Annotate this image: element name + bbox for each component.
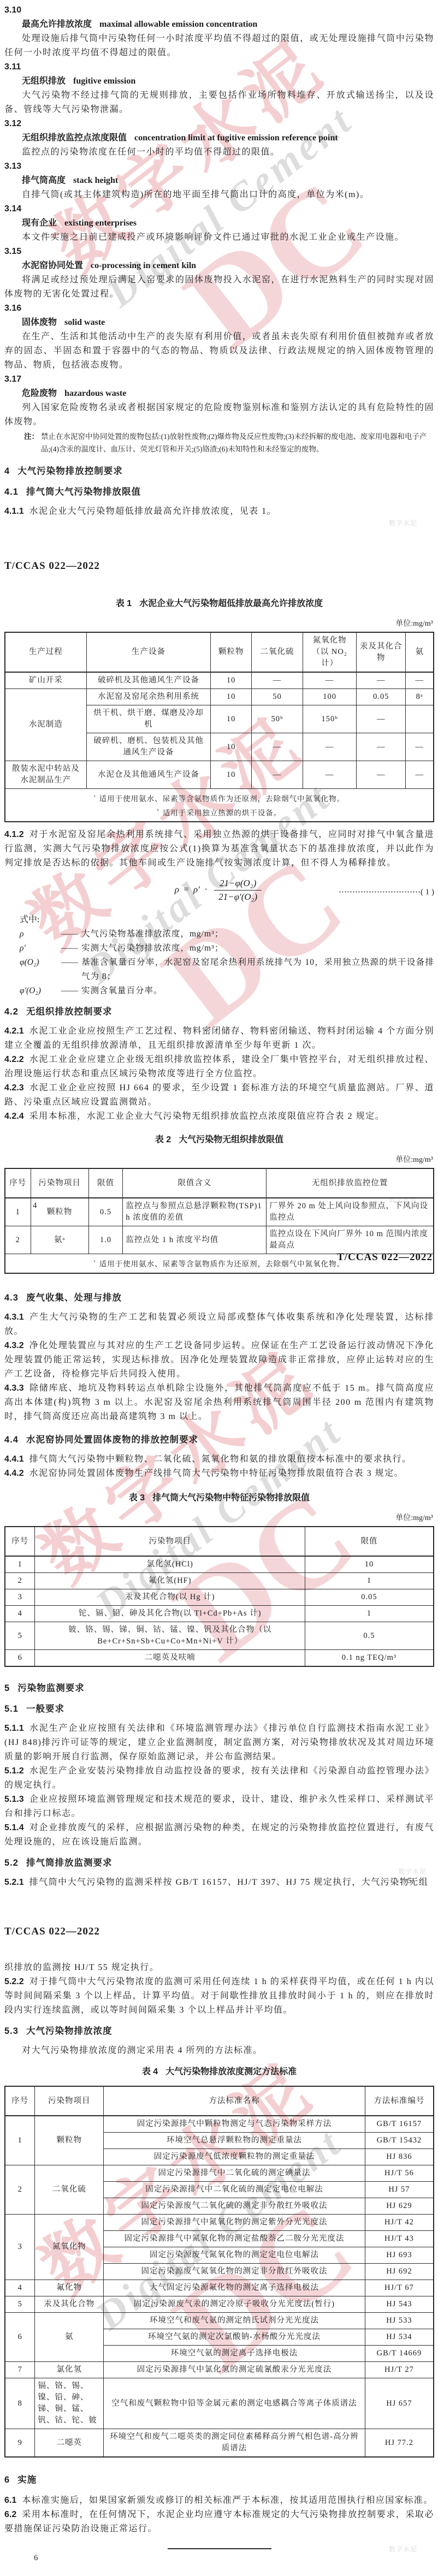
table-row: 2氟化氢(HF)1 — [5, 1573, 434, 1589]
table-cell: 1.0 — [88, 1226, 123, 1254]
table-cell: — — [357, 672, 406, 689]
table-cell: 固定污染源排气中氯化氢的测定硫氰酸汞分光光度法 — [104, 2362, 365, 2378]
table-cell: GB/T 16157 — [365, 2116, 434, 2133]
clause-number-3-11: 3.11 — [4, 60, 434, 74]
table-cell: 二噁英及呋喃 — [35, 1650, 305, 1667]
table-note-cell: ᵃ适用于使用氨水、尿素等含氨物质作为还原剂，去除烟气中氮氧化物。 ᵇ适用于采用独… — [5, 789, 434, 822]
note-text: 禁止在水泥窑中协同处置的废物包括:(1)放射性废物;(2)爆炸物及反应性废物;(… — [41, 430, 434, 455]
term-3-14: 现有企业existing enterprises — [4, 216, 434, 230]
clause-5-1-4: 5.1.4对企业排放废气的采样，应根据监测污染物的种类，在规定的污染物排放监控位… — [4, 1821, 434, 1849]
term-en: fugitive emission — [73, 76, 135, 86]
table-header-cell: 污染物项目 — [31, 1168, 88, 1198]
table-cell: HJ 836 — [365, 2149, 434, 2165]
table-cell: HJ 534 — [365, 2329, 434, 2346]
term-en: hazardous waste — [64, 389, 126, 398]
table-cell: HJ/T 27 — [365, 2362, 434, 2378]
heading-6: 6实施 — [4, 2473, 434, 2487]
term-cn: 排气筒高度 — [22, 176, 66, 185]
term-3-10: 最高允许排放浓度maximal allowable emission conce… — [4, 17, 434, 32]
table-cell: 厂界外 20 m 处上风向设参照点，下风向设监控点 — [267, 1198, 434, 1226]
term-cn: 无组织排放 — [22, 76, 66, 86]
table-cell: HJ 657 — [365, 2378, 434, 2429]
table-cell: 50ᵇ — [251, 705, 303, 733]
table-cell: 矿山开采 — [5, 672, 86, 689]
def-body-3-15: 将满足或经过预处理后满足入窑要求的固体废物投入水泥窑，在进行水泥熟料生产的同时实… — [4, 273, 434, 301]
term-3-12: 无组织排放监控点浓度限值concentration limit at fugit… — [4, 131, 434, 145]
table-cell: 8 — [5, 2378, 35, 2429]
table-cell: 0.05 — [357, 689, 406, 705]
table-row: 生产过程 生产设备 颗粒物 二氧化硫 氮氧化物（以 NO₂ 计） 汞及其化合物 … — [5, 632, 434, 672]
term-en: maximal allowable emission concentration — [99, 20, 257, 29]
term-en: existing enterprises — [64, 218, 137, 228]
clause-number-3-12: 3.12 — [4, 117, 434, 131]
table-cell: 0.05 — [305, 1589, 434, 1606]
table-cell: — — [303, 733, 357, 761]
table-4: 序号 污染物项目 方法标准名称 方法标准编号 1 颗粒物 固定污染源排气中颗粒物… — [4, 2086, 434, 2458]
table-row: 8 镉、铬、锡、镍、铅、砷、锑、铜、锰、钒、钴、铊、铍 空气和废气颗粒物中铅等金… — [5, 2378, 434, 2429]
table-header-cell: 汞及其化合物 — [357, 632, 406, 672]
table-row: 1氯化氢(HCl)10 — [5, 1556, 434, 1573]
equals-sign: = — [184, 884, 189, 894]
clause-4-3-1: 4.3.1产生大气污染物的生产工艺和装置必须设立局部或整体气体收集系统和净化处理… — [4, 1310, 434, 1339]
table-header-cell: 氨 — [406, 632, 434, 672]
table-cell: 7 — [5, 2362, 35, 2378]
table-cell: 6 — [5, 2313, 35, 2362]
term-cn: 固体废物 — [22, 318, 57, 327]
table-cell: 监控点处 1 h 浓度平均值 — [123, 1226, 267, 1254]
table-cell: 10 — [211, 733, 252, 761]
def-body-3-11: 大气污染物不经过排气筒的无规则排放，主要包括作业场所物料堆存、开放式输送扬尘，以… — [4, 88, 434, 117]
table-cell: 监控点与参照点总悬浮颗粒物(TSP)1 h 浓度值的差值 — [123, 1198, 267, 1226]
heading-4: 4大气污染物排放控制要求 — [4, 464, 434, 478]
table-cell: 固定污染源排气中二氧化硫的测定定电位电解法 — [104, 2182, 365, 2198]
table-row: 序号 污染物项目 限值 限值含义 无组织排放监控位置 — [5, 1168, 434, 1198]
table-cell: — — [251, 672, 303, 689]
table-cell: 氨ᵃ — [31, 1226, 88, 1254]
table-cell: 破碎机、磨机、包装机及其他通风生产设备 — [86, 733, 211, 761]
table-cell: 6 — [5, 1650, 35, 1667]
table-row: 序号 污染物项目 方法标准名称 方法标准编号 — [5, 2086, 434, 2116]
end-of-document-rule — [168, 2548, 271, 2549]
clause-number-3-14: 3.14 — [4, 202, 434, 216]
table-header-cell: 方法标准名称 — [104, 2086, 365, 2116]
table-cell: 1 — [305, 1573, 434, 1589]
table-1: 生产过程 生产设备 颗粒物 二氧化硫 氮氧化物（以 NO₂ 计） 汞及其化合物 … — [4, 632, 434, 822]
table3-unit-label: 单位:mg/m³ — [4, 1512, 433, 1523]
clause-number-3-13: 3.13 — [4, 159, 434, 174]
table-cell: 10 — [211, 761, 252, 789]
table-cell: 5 — [5, 2296, 35, 2313]
table-row: 2 二氧化硫 固定污染源排气中二氧化硫的测定碘量法 HJ/T 56 — [5, 2165, 434, 2182]
clause-5-1-2: 5.1.2水泥生产企业安装污染物排放自动监控设备的要求，按有关法律和《污染源自动… — [4, 1764, 434, 1792]
table-cell: 固定污染源废气氮氧化物的测定非分散红外吸收法 — [104, 2264, 365, 2280]
table-cell: 环境空气和废气氨的测定纳氏试剂分光光度法 — [104, 2313, 365, 2329]
table-cell: — — [251, 733, 303, 761]
table-cell: — — [406, 733, 434, 761]
table-note-cell: ᵃ适用于使用氨水、尿素等含氨物质作为还原剂，去除烟气中氮氧化物。 — [5, 1254, 434, 1273]
table-cell: 汞及其化合物(以 Hg 计) — [35, 1589, 305, 1606]
clause-4-3-2: 4.3.2净化处理装置应与其对应的生产工艺设备同步运转。应保证在生产工艺设备运行… — [4, 1339, 434, 1381]
table-cell: 1 — [5, 2116, 35, 2165]
table-cell: — — [406, 672, 434, 689]
clause-4-2-4: 4.2.4采用本标准，水泥工业企业大气污染物无组织排放监控点浓度限值应符合表 2… — [4, 1109, 434, 1124]
table-cell: 1 — [305, 1606, 434, 1622]
table2-caption: 表 2大气污染物无组织排放限值 — [4, 1132, 434, 1145]
table-row: ᵃ适用于使用氨水、尿素等含氨物质作为还原剂，去除烟气中氮氧化物。 ᵇ适用于采用独… — [5, 789, 434, 822]
table-cell: 大气固定污染源氟化物的测定离子选择电极法 — [104, 2280, 365, 2296]
table-cell: 2 — [5, 1226, 31, 1254]
table-header-cell: 限值含义 — [123, 1168, 267, 1198]
table-row: 水泥制造 水泥窑及窑尾余热利用系统 10 50 100 0.05 8ᵃ — [5, 689, 434, 705]
heading-5: 5污染物监测要求 — [4, 1681, 434, 1695]
term-cn: 最高允许排放浓度 — [22, 20, 92, 29]
table-cell: HJ/T 56 — [365, 2165, 434, 2182]
table-cell: 颗粒物 — [31, 1198, 88, 1226]
clause-4-4-1: 4.4.1排气筒大气污染物中颗粒物、二氧化硫、氮氧化物和氨的排放限值按本标准中的… — [4, 1452, 434, 1467]
table-row: 9 二噁英 环境空气和废气二噁英类的测定同位素稀释高分辨气相色谱-高分辨质谱法 … — [5, 2429, 434, 2458]
table-cell: HJ/T 42 — [365, 2215, 434, 2231]
table2-unit-label: 单位:mg/m³ — [4, 1154, 433, 1165]
formula-var: ρ——大气污染物基准排放浓度，mg/m³； — [20, 927, 434, 941]
table-cell: 铊、镉、铅、砷及其化合物(以 Tl+Cd+Pb+As 计) — [35, 1606, 305, 1622]
table-cell: 空气和废气颗粒物中铅等金属元素的测定电感耦合等离子体质谱法 — [104, 2378, 365, 2429]
term-en: solid waste — [64, 318, 105, 327]
clause-number-3-16: 3.16 — [4, 301, 434, 316]
def-body-3-12: 监控点的污染物浓度在任何一小时的平均值不得超过的限值。 — [4, 145, 434, 159]
formula-number: ⋯⋯⋯⋯⋯⋯⋯⋯⋯⋯( 1 ) — [339, 887, 434, 897]
page-number: 6 — [34, 2554, 38, 2563]
table-cell: 散装水泥中转站及水泥制品生产 — [5, 761, 86, 789]
table-cell — [406, 705, 434, 733]
heading-5-1: 5.1一般要求 — [4, 1702, 434, 1716]
table-row: 7 氯化氢 固定污染源排气中氯化氢的测定硫氰酸汞分光光度法 HJ/T 27 — [5, 2362, 434, 2378]
table-cell: 0.5 — [88, 1198, 123, 1226]
table-cell: 0.1 ng TEQ/m³ — [305, 1650, 434, 1667]
term-en: stack height — [73, 176, 118, 185]
fraction-denominator: 21−φ′(O₂) — [214, 891, 262, 903]
def-body-3-16: 在生产、生活和其他活动中生产的丧失原有利用价值，或者虽未丧失原有利用价值但被抛弃… — [4, 330, 434, 372]
table-header-cell: 生产设备 — [86, 632, 211, 672]
page-header-doc-code: T/CCAS 022—2022 — [4, 560, 100, 572]
table-header-cell: 生产过程 — [5, 632, 86, 672]
table-cell: 氮氧化物 — [35, 2215, 104, 2280]
table-3: 序号 污染物项目 限值 1氯化氢(HCl)10 2氟化氢(HF)1 3汞及其化合… — [4, 1526, 434, 1667]
table-cell: — — [406, 761, 434, 789]
table-header-cell: 序号 — [5, 2086, 35, 2116]
table-cell: 10 — [211, 705, 252, 733]
table-row: 3 氮氧化物 固定污染源排气中氮氧化物的测定紫外分光光度法 HJ/T 42 — [5, 2215, 434, 2231]
formula-where-label: 式中: — [20, 913, 434, 927]
term-cn: 危险废物 — [22, 389, 57, 398]
clause-6-2: 6.2采用本标准时，在任何情况下，水泥企业均应遵守本标准规定的大气污染物排放控制… — [4, 2508, 434, 2536]
table-cell: 水泥窑及窑尾余热利用系统 — [86, 689, 211, 705]
table-cell: HJ 57 — [365, 2182, 434, 2198]
table-header-cell: 污染物项目 — [35, 1527, 305, 1556]
table-cell: — — [251, 761, 303, 789]
table-cell: 10 — [305, 1556, 434, 1573]
table-cell: 环境空气氨的测定次氯酸钠-水杨酸分光光度法 — [104, 2329, 365, 2346]
table-row: 1 颗粒物 固定污染源排气中颗粒物测定与气态污染物采样方法 GB/T 16157 — [5, 2116, 434, 2133]
clause-4-3-3: 4.3.3除储库底、地坑及物料转运点单机除尘设施外，其他排气筒高度应不低于 15… — [4, 1381, 434, 1424]
term-cn: 水泥窑协同处置 — [22, 261, 83, 270]
table-cell: 水泥仓及其他通风生产设备 — [86, 761, 211, 789]
fraction: 21−φ(O₂) 21−φ′(O₂) — [214, 878, 262, 903]
page-3: 数字水泥 Digital Cement DC T/CCAS 022—2022 数… — [0, 1230, 438, 1914]
table-cell: 固定污染源废气氮氧化物的测定定电位电解法 — [104, 2247, 365, 2264]
table-cell: 氯化氢(HCl) — [35, 1556, 305, 1573]
term-3-13: 排气筒高度stack height — [4, 174, 434, 188]
table-row: 3汞及其化合物(以 Hg 计)0.05 — [5, 1589, 434, 1606]
table1-caption: 表 1水泥企业大气污染物超低排放最高允许排放浓度 — [4, 596, 434, 609]
clause-5-2-1-continuation: 织排放的监测按 HJ/T 55 规定执行。 — [4, 1961, 434, 1975]
table-cell: HJ 693 — [365, 2247, 434, 2264]
table1-unit-label: 单位:mg/m³ — [4, 618, 433, 628]
table-cell: 氟化氢(HF) — [35, 1573, 305, 1589]
clause-6-1: 6.1本标准实施后，如果国家新颁发或修订的相关标准严于本标准，按其适用范围执行相… — [4, 2494, 434, 2508]
table-cell: 2 — [5, 1573, 35, 1589]
table-header-cell: 无组织排放监控位置 — [267, 1168, 434, 1198]
note-label: 注： — [24, 430, 39, 455]
table-row: 序号 污染物项目 限值 — [5, 1527, 434, 1556]
table-2: 序号 污染物项目 限值 限值含义 无组织排放监控位置 1 颗粒物 0.5 监控点… — [4, 1168, 434, 1274]
table-header-cell: 限值 — [305, 1527, 434, 1556]
table-cell: HJ 77.2 — [365, 2429, 434, 2458]
table-row: ᵃ适用于使用氨水、尿素等含氨物质作为还原剂，去除烟气中氮氧化物。 — [5, 1254, 434, 1273]
term-3-17: 危险废物hazardous waste — [4, 387, 434, 401]
term-en: co-processing in cement kiln — [91, 261, 196, 270]
table-cell: 1 — [5, 1556, 35, 1573]
table-header-cell: 方法标准编号 — [365, 2086, 434, 2116]
table-cell: 4 — [5, 2280, 35, 2296]
table-cell: 镉、铬、锡、镍、铅、砷、锑、铜、锰、钒、钴、铊、铍 — [35, 2378, 104, 2429]
page-header-doc-code: T/CCAS 022—2022 — [4, 1926, 100, 1938]
term-3-16: 固体废物solid waste — [4, 316, 434, 330]
table-header-cell: 限值 — [88, 1168, 123, 1198]
table-row: 5 汞及其化合物 固定污染源废气汞的测定冷原子吸收分光光度法(暂行) HJ 54… — [5, 2296, 434, 2313]
table-cell: 二氧化硫 — [35, 2165, 104, 2215]
table-cell: 固定污染源废气低浓度颗粒物的测定重量法 — [104, 2149, 365, 2165]
term-cn: 现有企业 — [22, 218, 57, 228]
clause-number-3-15: 3.15 — [4, 245, 434, 259]
table-row: 2 氨ᵃ 1.0 监控点处 1 h 浓度平均值 监控点设在下风向厂界外 10 m… — [5, 1226, 434, 1254]
heading-5-2: 5.2排气筒排放监测要求 — [4, 1856, 434, 1870]
table-cell: 固定污染源废气二氧化硫的测定非分散红外吸收法 — [104, 2198, 365, 2215]
table-cell: 氨 — [35, 2313, 104, 2362]
table-header-cell: 二氧化硫 — [251, 632, 303, 672]
table-cell: 环境空气总悬浮颗粒物的测定重量法 — [104, 2133, 365, 2149]
table-cell: 固定污染源排气中氮氧化物的测定紫外分光光度法 — [104, 2215, 365, 2231]
page-4: 数字水泥 Digital Cement DC T/CCAS 022—2022 数… — [0, 1914, 438, 2576]
table-row: 6 氨 环境空气和废气氨的测定纳氏试剂分光光度法 HJ 533 — [5, 2313, 434, 2329]
formula-1: ρ = ρ′ · 21−φ(O₂) 21−φ′(O₂) ⋯⋯⋯⋯⋯⋯⋯⋯⋯⋯( … — [4, 878, 434, 909]
note-3-17: 注：禁止在水泥窑中协同处置的废物包括:(1)放射性废物;(2)爆炸物及反应性废物… — [24, 430, 434, 455]
table-cell: HJ/T 67 — [365, 2280, 434, 2296]
table-row: 5铍、铬、锡、锑、铜、钴、锰、镍、钒及其化合物（以 Be+Cr+Sn+Sb+Cu… — [5, 1622, 434, 1650]
term-3-11: 无组织排放fugitive emission — [4, 74, 434, 88]
term-en: concentration limit at fugitive emission… — [134, 133, 338, 143]
table-cell: 铍、铬、锡、锑、铜、钴、锰、镍、钒及其化合物（以 Be+Cr+Sn+Sb+Cu+… — [35, 1622, 305, 1650]
table4-caption: 表 4大气污染物排放浓度测定方法标准 — [4, 2064, 434, 2077]
table-cell: 4 — [5, 1606, 35, 1622]
clause-4-4-2: 4.4.2水泥窑协同处置固体废物生产线排气筒大气污染物中特征污染物排放限值符合表… — [4, 1467, 434, 1481]
heading-5-3: 5.3大气污染物排放浓度 — [4, 2024, 434, 2038]
table-cell: 2 — [5, 2165, 35, 2215]
page-2: 数字水泥 Digital Cement DC T/CCAS 022—2022 数… — [0, 546, 438, 1230]
heading-4-3: 4.3废气收集、处理与排放 — [4, 1291, 434, 1305]
formula-var: ρ′——实测大气污染物排放浓度，mg/m³； — [20, 941, 434, 955]
term-cn: 无组织排放监控点浓度限值 — [22, 133, 127, 143]
table-cell: 3 — [5, 2215, 35, 2280]
clause-number-3-17: 3.17 — [4, 372, 434, 387]
table-note: ᵃ适用于使用氨水、尿素等含氨物质作为还原剂，去除烟气中氮氧化物。 — [8, 1256, 430, 1271]
table3-caption: 表 3排气筒大气污染物中特征污染物排放限值 — [4, 1491, 434, 1503]
table-cell: — — [357, 705, 406, 733]
table-cell: 固定污染源废气汞的测定冷原子吸收分光光度法(暂行) — [104, 2296, 365, 2313]
table-note: ᵃ适用于使用氨水、尿素等含氨物质作为还原剂，去除烟气中氮氧化物。 — [8, 791, 430, 805]
formula-lhs: ρ — [175, 884, 179, 894]
table-cell: — — [357, 761, 406, 789]
clause-4-1-2: 4.1.2对于水泥窑及窑尾余热利用系统排气、采用独立热源的烘干设备排气，应同时对… — [4, 828, 434, 870]
table-cell: 5 — [5, 1622, 35, 1650]
table-cell: 破碎机及其他通风生产设备 — [86, 672, 211, 689]
table-cell: 固定污染源排气中颗粒物测定与气态污染物采样方法 — [104, 2116, 365, 2133]
table-cell: 烘干机、烘干磨、煤磨及冷却机 — [86, 705, 211, 733]
table-cell: 9 — [5, 2429, 35, 2458]
table-cell: — — [303, 761, 357, 789]
table-cell: 环境空气氨的测定离子选择电极法 — [104, 2346, 365, 2362]
table-note: ᵇ适用于采用独立热源的烘干设备。 — [8, 805, 430, 820]
heading-4-4: 4.4水泥窑协同处置固体废物的排放控制要求 — [4, 1433, 434, 1447]
heading-4-1: 4.1排气筒大气污染物排放限值 — [4, 485, 434, 499]
def-body-3-13: 自排气筒(或其主体建筑构造)所在的地平面至排气筒出口计的高度，单位为米(m)。 — [4, 188, 434, 202]
table-cell: 监控点设在下风向厂界外 10 m 范围内浓度最高点 — [267, 1226, 434, 1254]
table-cell: 环境空气和废气二噁英类的测定同位素稀释高分辨气相色谱-高分辨质谱法 — [104, 2429, 365, 2458]
table-cell: GB/T 14669 — [365, 2346, 434, 2362]
table-row: 散装水泥中转站及水泥制品生产 水泥仓及其他通风生产设备 10 — — — — — [5, 761, 434, 789]
table-row: 4铊、镉、铅、砷及其化合物(以 Tl+Cd+Pb+As 计)1 — [5, 1606, 434, 1622]
table-cell: 50 — [251, 689, 303, 705]
table-cell: 10 — [211, 689, 252, 705]
stamp-mark: 数字水泥 — [384, 520, 422, 527]
formula-var: φ′(O₂)——实测含氧量百分率。 — [20, 984, 434, 998]
table-cell: 固定污染源排气中氮氧化物的测定盐酸萘乙二胺分光光度法 — [104, 2231, 365, 2247]
clause-number-3-10: 3.10 — [4, 3, 434, 17]
table-header-cell: 序号 — [5, 1527, 35, 1556]
table-cell: 0.5 — [305, 1622, 434, 1650]
table-cell: 150ᵇ — [303, 705, 357, 733]
table-row: 1 颗粒物 0.5 监控点与参照点总悬浮颗粒物(TSP)1 h 浓度值的差值 厂… — [5, 1198, 434, 1226]
table-cell: 汞及其化合物 — [35, 2296, 104, 2313]
table-cell: HJ 543 — [365, 2296, 434, 2313]
formula-rhs-var: ρ′ — [193, 884, 200, 894]
table-row: 矿山开采 破碎机及其他通风生产设备 10 — — — — — [5, 672, 434, 689]
def-body-3-17: 列入国家危险废物名录或者根据国家规定的危险废物鉴别标准和鉴别方法认定的具有危险特… — [4, 401, 434, 429]
table-row: 6二噁英及呋喃0.1 ng TEQ/m³ — [5, 1650, 434, 1667]
table-cell: 3 — [5, 1589, 35, 1606]
clause-4-2-1: 4.2.1水泥工业企业应按照生产工艺过程、物料密闭储存、物料密闭输送、物料封闭运… — [4, 1024, 434, 1053]
table-header-cell: 颗粒物 — [211, 632, 252, 672]
table-cell: GB/T 15432 — [365, 2133, 434, 2149]
table-cell: — — [357, 733, 406, 761]
table-header-cell: 氮氧化物（以 NO₂ 计） — [303, 632, 357, 672]
page-1: 数字水泥 Digital Cement DC 数字水泥 3.10 最高允许排放浓… — [0, 0, 438, 546]
multiply-dot: · — [204, 884, 208, 894]
def-body-3-14: 本文件实施之日前已建成投产或环境影响评价文件已通过审批的水泥工业企业或生产设施。 — [4, 230, 434, 245]
clause-4-2-2: 4.2.2水泥工业企业应建立企业级无组织排放监控体系，建设全厂集中管控平台，对无… — [4, 1053, 434, 1081]
def-body-3-10: 处理设施后排气筒中污染物任何一小时浓度平均值不得超过的限值，或无处理设施排气筒中… — [4, 32, 434, 60]
table-cell: 氟化物 — [35, 2280, 104, 2296]
formula-var: φ(O₂)——基准含氧量百分率，水泥窑及窑尾余热利用系统排气为 10，采用独立热… — [20, 955, 434, 984]
table-header-cell: 序号 — [5, 1168, 31, 1198]
table-cell: HJ 629 — [365, 2198, 434, 2215]
table-row: 4 氟化物 大气固定污染源氟化物的测定离子选择电极法 HJ/T 67 — [5, 2280, 434, 2296]
term-3-15: 水泥窑协同处置co-processing in cement kiln — [4, 259, 434, 273]
table-cell: HJ/T 43 — [365, 2231, 434, 2247]
table-cell: 水泥制造 — [5, 689, 86, 761]
document-scan: 数字水泥 Digital Cement DC 数字水泥 3.10 最高允许排放浓… — [0, 0, 438, 2576]
table-cell: 二噁英 — [35, 2429, 104, 2458]
table-cell: 固定污染源排气中二氧化硫的测定碘量法 — [104, 2165, 365, 2182]
table-cell: 颗粒物 — [35, 2116, 104, 2165]
table-cell: 1 — [5, 1198, 31, 1226]
table-cell: HJ 533 — [365, 2313, 434, 2329]
table-cell: 氯化氢 — [35, 2362, 104, 2378]
fraction-numerator: 21−φ(O₂) — [214, 878, 262, 891]
stamp-text: 数字水泥 — [384, 520, 422, 527]
heading-4-2: 4.2无组织排放控制要求 — [4, 1005, 434, 1019]
table-cell: — — [303, 672, 357, 689]
clause-5-2-1: 5.2.1排气筒中大气污染物的监测采样按 GB/T 16157、HJ/T 397… — [4, 1875, 434, 1890]
table-cell: HJ 692 — [365, 2264, 434, 2280]
clause-5-1-1: 5.1.1水泥生产企业应按照有关法律和《环境监测管理办法》《排污单位自行监测技术… — [4, 1722, 434, 1764]
table-header-cell: 污染物项目 — [35, 2086, 104, 2116]
clause-5-3-intro: 对大气污染物排放浓度的测定采用表 4 所列的方法标准。 — [4, 2044, 434, 2058]
clause-5-1-3: 5.1.3企业应按照环境监测管理规定和技术规范的要求，设计、建设、维护永久性采样… — [4, 1792, 434, 1821]
table-cell: 100 — [303, 689, 357, 705]
table-cell: 8ᵃ — [406, 689, 434, 705]
table-cell: 10 — [211, 672, 252, 689]
clause-4-1-1: 4.1.1水泥企业大气污染物超低排放最高允许排放浓度，见表 1。 — [4, 504, 434, 519]
clause-4-2-3: 4.2.3水泥工业企业应按照 HJ 664 的要求，至少设置 1 套标准方法的环… — [4, 1081, 434, 1109]
clause-5-2-2: 5.2.2对于排气筒中大气污染物浓度的监测可采用任何连续 1 h 的采样获得平均… — [4, 1975, 434, 2017]
